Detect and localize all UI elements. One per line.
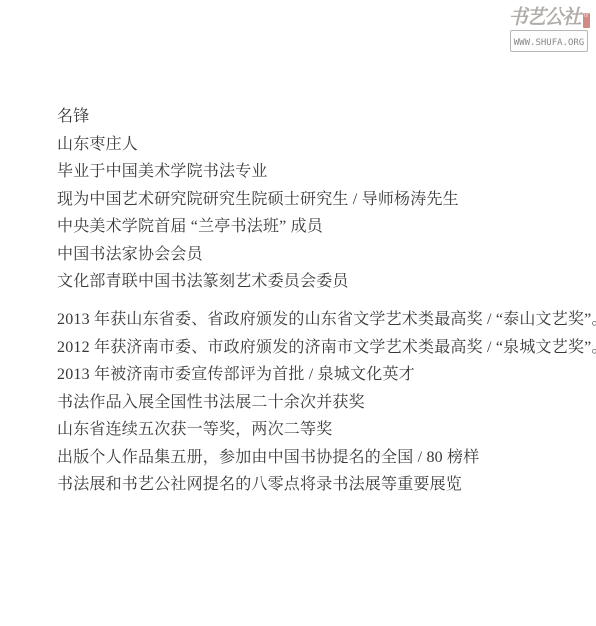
achievement-line: 山东省连续五次获一等奖，两次二等奖 bbox=[57, 416, 596, 444]
bio-line-origin: 山东枣庄人 bbox=[57, 131, 459, 159]
achievements-section: 2013 年获山东省委、省政府颁发的山东省文学艺术类最高奖 / “泰山文艺奖”。… bbox=[57, 306, 596, 499]
bio-line: 文化部青联中国书法篆刻艺术委员会委员 bbox=[57, 268, 459, 296]
logo-brand-row: 书艺公社 印 bbox=[507, 8, 591, 28]
logo-url-text: WWW.SHUFA.ORG bbox=[514, 38, 584, 48]
bio-line-name: 名锋 bbox=[57, 103, 459, 131]
achievement-line: 书法展和书艺公社网提名的八零点将录书法展等重要展览 bbox=[57, 471, 596, 499]
bio-section: 名锋 山东枣庄人 毕业于中国美术学院书法专业 现为中国艺术研究院研究生院硕士研究… bbox=[57, 103, 459, 296]
shufa-logo: 书艺公社 印 WWW.SHUFA.ORG bbox=[507, 8, 591, 52]
logo-calligraphy-text: 书艺公社 bbox=[508, 8, 580, 29]
document-page: 书艺公社 印 WWW.SHUFA.ORG 名锋 山东枣庄人 毕业于中国美术学院书… bbox=[0, 0, 596, 626]
achievement-line: 2013 年被济南市委宣传部评为首批 / 泉城文化英才 bbox=[57, 361, 596, 389]
logo-url-box: WWW.SHUFA.ORG bbox=[510, 30, 588, 52]
bio-line: 毕业于中国美术学院书法专业 bbox=[57, 158, 459, 186]
bio-line: 中国书法家协会会员 bbox=[57, 241, 459, 269]
achievement-line: 2013 年获山东省委、省政府颁发的山东省文学艺术类最高奖 / “泰山文艺奖”。 bbox=[57, 306, 596, 334]
bio-line: 中央美术学院首届 “兰亭书法班” 成员 bbox=[57, 213, 459, 241]
logo-seal-icon: 印 bbox=[583, 13, 590, 28]
bio-line: 现为中国艺术研究院研究生院硕士研究生 / 导师杨涛先生 bbox=[57, 186, 459, 214]
achievement-line: 2012 年获济南市委、市政府颁发的济南市文学艺术类最高奖 / “泉城文艺奖”。 bbox=[57, 334, 596, 362]
achievement-line: 书法作品入展全国性书法展二十余次并获奖 bbox=[57, 389, 596, 417]
achievement-line: 出版个人作品集五册，参加由中国书协提名的全国 / 80 榜样 bbox=[57, 444, 596, 472]
